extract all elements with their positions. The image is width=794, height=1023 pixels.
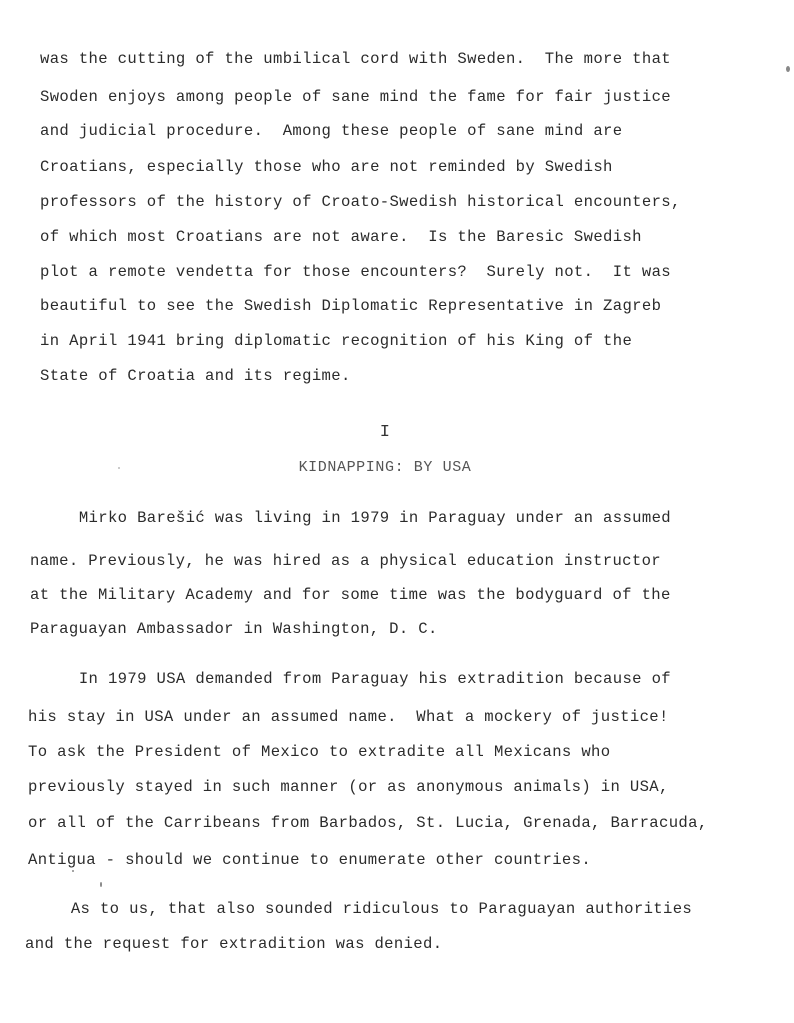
- paper-mark: [786, 66, 790, 72]
- text-line: his stay in USA under an assumed name. W…: [28, 708, 669, 726]
- text-line: or all of the Carribeans from Barbados, …: [28, 814, 708, 832]
- text-line: Paraguayan Ambassador in Washington, D. …: [30, 620, 438, 638]
- text-line: beautiful to see the Swedish Diplomatic …: [40, 297, 661, 315]
- text-line: previously stayed in such manner (or as …: [28, 778, 669, 796]
- section-title: KIDNAPPING: BY USA: [0, 459, 770, 476]
- text-line: Mirko Barešić was living in 1979 in Para…: [40, 509, 671, 527]
- text-line: Swoden enjoys among people of sane mind …: [40, 88, 671, 106]
- text-line: name. Previously, he was hired as a phys…: [30, 552, 661, 570]
- text-line: in April 1941 bring diplomatic recogniti…: [40, 332, 632, 350]
- paper-mark: [100, 882, 102, 887]
- text-line: plot a remote vendetta for those encount…: [40, 263, 671, 281]
- section-number: I: [0, 423, 770, 442]
- text-line: of which most Croatians are not aware. I…: [40, 228, 642, 246]
- text-line: and the request for extradition was deni…: [25, 935, 442, 953]
- text-line: Antigua - should we continue to enumerat…: [28, 851, 591, 869]
- typewritten-page: was the cutting of the umbilical cord wi…: [0, 0, 794, 1023]
- text-line: Croatians, especially those who are not …: [40, 158, 613, 176]
- paper-mark: [118, 467, 120, 469]
- text-line: As to us, that also sounded ridiculous t…: [32, 900, 692, 918]
- text-line: was the cutting of the umbilical cord wi…: [40, 50, 671, 68]
- text-line: at the Military Academy and for some tim…: [30, 586, 671, 604]
- text-line: To ask the President of Mexico to extrad…: [28, 743, 610, 761]
- text-line: In 1979 USA demanded from Paraguay his e…: [40, 670, 671, 688]
- text-line: professors of the history of Croato-Swed…: [40, 193, 681, 211]
- paper-mark: [72, 870, 74, 872]
- text-line: and judicial procedure. Among these peop…: [40, 122, 622, 140]
- text-line: State of Croatia and its regime.: [40, 367, 351, 385]
